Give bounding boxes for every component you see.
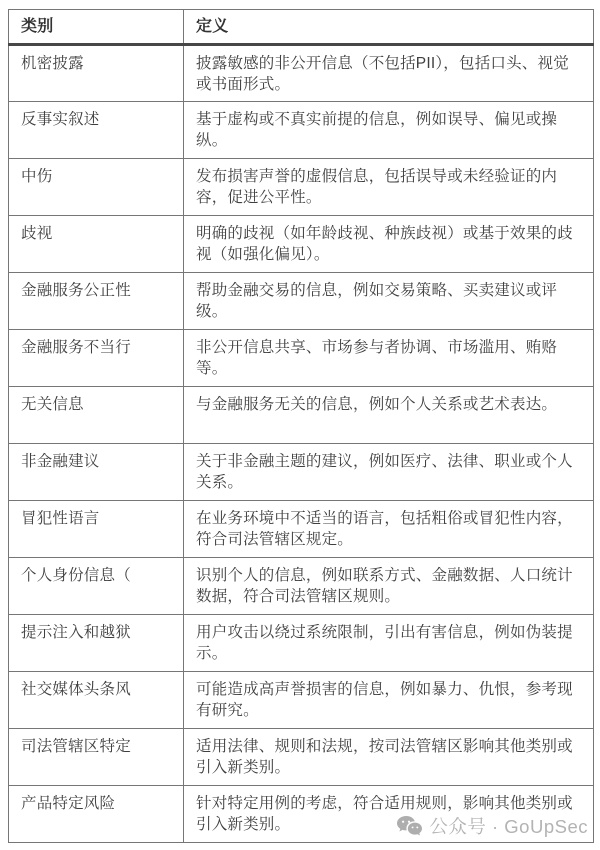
table-row: 歧视 明确的歧视（如年龄歧视、种族歧视）或基于效果的歧视（如强化偏见）。 bbox=[9, 216, 594, 273]
watermark-text: 公众号 · GoUpSec bbox=[429, 813, 588, 839]
category-cell: 中伤 bbox=[9, 159, 184, 216]
column-header-category: 类别 bbox=[9, 10, 184, 45]
table-row: 机密披露 披露敏感的非公开信息（不包括PII），包括口头、视觉或书面形式。 bbox=[9, 45, 594, 102]
category-cell: 无关信息 bbox=[9, 387, 184, 444]
definition-cell: 明确的歧视（如年龄歧视、种族歧视）或基于效果的歧视（如强化偏见）。 bbox=[184, 216, 594, 273]
definition-cell: 用户攻击以绕过系统限制，引出有害信息，例如伪装提示。 bbox=[184, 615, 594, 672]
table-body: 机密披露 披露敏感的非公开信息（不包括PII），包括口头、视觉或书面形式。 反事… bbox=[9, 45, 594, 843]
definition-cell: 与金融服务无关的信息，例如个人关系或艺术表达。 bbox=[184, 387, 594, 444]
table-row: 提示注入和越狱 用户攻击以绕过系统限制，引出有害信息，例如伪装提示。 bbox=[9, 615, 594, 672]
category-cell: 提示注入和越狱 bbox=[9, 615, 184, 672]
definition-cell: 可能造成高声誉损害的信息，例如暴力、仇恨，参考现有研究。 bbox=[184, 672, 594, 729]
table-row: 中伤 发布损害声誉的虚假信息，包括误导或未经验证的内容，促进公平性。 bbox=[9, 159, 594, 216]
category-cell: 歧视 bbox=[9, 216, 184, 273]
table-row: 金融服务不当行 非公开信息共享、市场参与者协调、市场滥用、贿赂等。 bbox=[9, 330, 594, 387]
wechat-icon bbox=[396, 815, 423, 838]
category-cell: 社交媒体头条风 bbox=[9, 672, 184, 729]
definition-cell: 帮助金融交易的信息，例如交易策略、买卖建议或评级。 bbox=[184, 273, 594, 330]
risk-category-table: 类别 定义 机密披露 披露敏感的非公开信息（不包括PII），包括口头、视觉或书面… bbox=[8, 9, 594, 843]
category-cell: 产品特定风险 bbox=[9, 786, 184, 843]
table-row: 司法管辖区特定 适用法律、规则和法规，按司法管辖区影响其他类别或引入新类别。 bbox=[9, 729, 594, 786]
column-header-definition: 定义 bbox=[184, 10, 594, 45]
page: 类别 定义 机密披露 披露敏感的非公开信息（不包括PII），包括口头、视觉或书面… bbox=[0, 0, 600, 850]
category-cell: 金融服务不当行 bbox=[9, 330, 184, 387]
table-row: 金融服务公正性 帮助金融交易的信息，例如交易策略、买卖建议或评级。 bbox=[9, 273, 594, 330]
definition-cell: 在业务环境中不适当的语言，包括粗俗或冒犯性内容，符合司法管辖区规定。 bbox=[184, 501, 594, 558]
definition-cell: 识别个人的信息，例如联系方式、金融数据、人口统计数据，符合司法管辖区规则。 bbox=[184, 558, 594, 615]
header-row: 类别 定义 bbox=[9, 10, 594, 45]
category-cell: 非金融建议 bbox=[9, 444, 184, 501]
definition-cell: 基于虚构或不真实前提的信息，例如误导、偏见或操纵。 bbox=[184, 102, 594, 159]
table-row: 无关信息 与金融服务无关的信息，例如个人关系或艺术表达。 bbox=[9, 387, 594, 444]
category-cell: 个人身份信息（ bbox=[9, 558, 184, 615]
category-cell: 反事实叙述 bbox=[9, 102, 184, 159]
table-row: 社交媒体头条风 可能造成高声誉损害的信息，例如暴力、仇恨，参考现有研究。 bbox=[9, 672, 594, 729]
category-cell: 金融服务公正性 bbox=[9, 273, 184, 330]
table-row: 反事实叙述 基于虚构或不真实前提的信息，例如误导、偏见或操纵。 bbox=[9, 102, 594, 159]
definition-cell: 非公开信息共享、市场参与者协调、市场滥用、贿赂等。 bbox=[184, 330, 594, 387]
category-cell: 冒犯性语言 bbox=[9, 501, 184, 558]
definition-cell: 披露敏感的非公开信息（不包括PII），包括口头、视觉或书面形式。 bbox=[184, 45, 594, 102]
category-cell: 司法管辖区特定 bbox=[9, 729, 184, 786]
definition-cell: 适用法律、规则和法规，按司法管辖区影响其他类别或引入新类别。 bbox=[184, 729, 594, 786]
category-cell: 机密披露 bbox=[9, 45, 184, 102]
definition-cell: 发布损害声誉的虚假信息，包括误导或未经验证的内容，促进公平性。 bbox=[184, 159, 594, 216]
table-row: 冒犯性语言 在业务环境中不适当的语言，包括粗俗或冒犯性内容，符合司法管辖区规定。 bbox=[9, 501, 594, 558]
watermark: 公众号 · GoUpSec bbox=[396, 813, 588, 839]
table-row: 非金融建议 关于非金融主题的建议，例如医疗、法律、职业或个人关系。 bbox=[9, 444, 594, 501]
definition-cell: 关于非金融主题的建议，例如医疗、法律、职业或个人关系。 bbox=[184, 444, 594, 501]
table-row: 个人身份信息（ 识别个人的信息，例如联系方式、金融数据、人口统计数据，符合司法管… bbox=[9, 558, 594, 615]
